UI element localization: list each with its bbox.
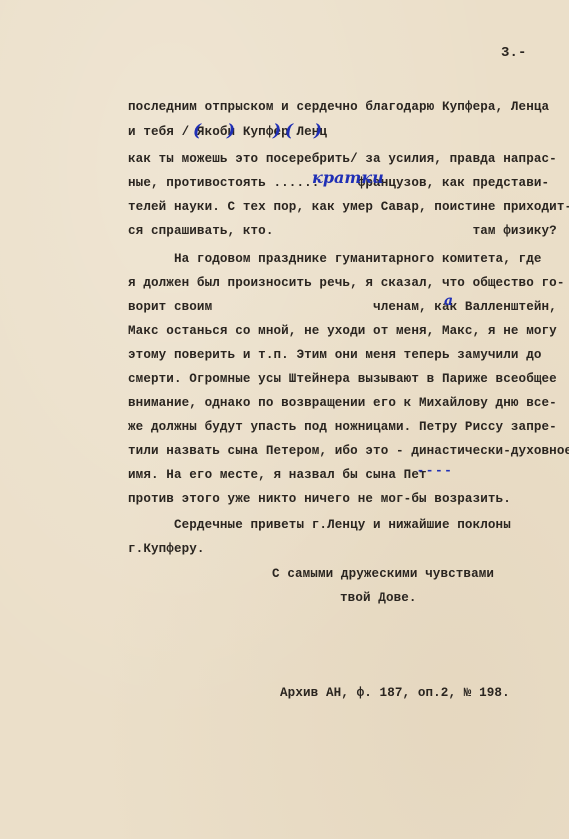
closing-line: Сердечные приветы г.Ленцу и нижайшие пок… <box>128 518 511 532</box>
signature: твой Дове. <box>340 591 417 605</box>
text-line: На годовом празднике гуманитарного комит… <box>128 252 542 266</box>
text-line: против этого уже никто ничего не мог-бы … <box>128 492 511 506</box>
handwritten-bracket: ) <box>314 121 322 141</box>
text-line: смерти. Огромные усы Штейнера вызывают в… <box>128 372 557 386</box>
text-line: же должны будут упасть под ножницами. Пе… <box>128 420 557 434</box>
text-line: как ты можешь это посеребрить/ за усилия… <box>128 152 557 166</box>
handwritten-insertion: кратки <box>312 168 384 187</box>
text-line: Макс останься со мной, не уходи от меня,… <box>128 324 557 338</box>
page-number: 3.- <box>501 46 527 60</box>
text-line: телей науки. С тех пор, как умер Савар, … <box>128 200 569 214</box>
archive-reference: Архив АН, ф. 187, оп.2, № 198. <box>280 686 510 700</box>
text-line: этому поверить и т.п. Этим они меня тепе… <box>128 348 542 362</box>
handwritten-bracket: ( <box>285 121 293 141</box>
closing-line: г.Купферу. <box>128 542 205 556</box>
text-line: внимание, однако по возвращении его к Ми… <box>128 396 557 410</box>
text-line: последним отпрыском и сердечно благодарю… <box>128 100 549 114</box>
signature-greeting: С самыми дружескими чувствами <box>272 567 494 581</box>
text-line: ся спрашивать, кто. там физику? <box>128 224 557 238</box>
handwritten-correction: а <box>444 293 453 309</box>
text-line: я должен был произносить речь, я сказал,… <box>128 276 564 290</box>
text-line: имя. На его месте, я назвал бы сына Пет <box>128 468 427 482</box>
text-line: тили назвать сына Петером, ибо это - дин… <box>128 444 569 458</box>
handwritten-bracket: ) <box>273 121 281 141</box>
handwritten-bracket: ) <box>227 121 235 141</box>
document-page: 3.- последним отпрыском и сердечно благо… <box>0 0 569 839</box>
handwritten-bracket: ( <box>193 121 201 141</box>
text-line: ворит своим членам, как Валленштейн, <box>128 300 557 314</box>
handwritten-dashes: - - - - <box>418 463 450 477</box>
